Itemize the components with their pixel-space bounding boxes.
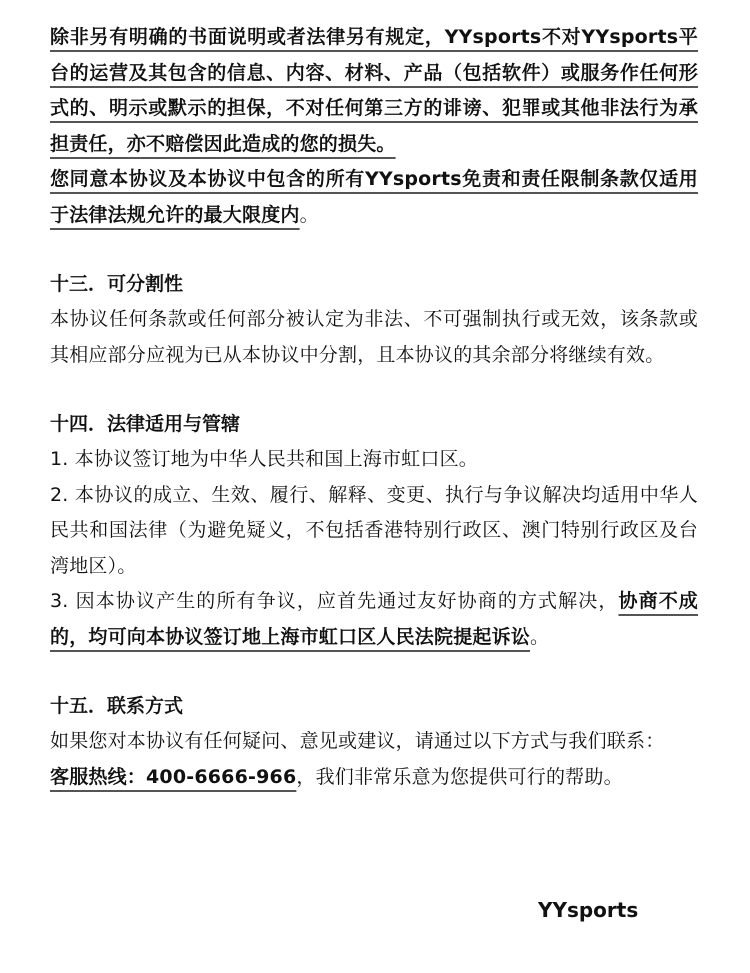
hotline-rest: ，我们非常乐意为您提供可行的帮助。: [296, 766, 622, 788]
section-severability: 十三．可分割性 本协议任何条款或任何部分被认定为非法、不可强制执行或无效，该条款…: [50, 267, 698, 373]
section-governing-law: 十四．法律适用与管辖 1. 本协议签订地为中华人民共和国上海市虹口区。 2. 本…: [50, 407, 698, 655]
list-item: 2. 本协议的成立、生效、履行、解释、变更、执行与争议解决均适用中华人民共和国法…: [50, 478, 698, 585]
limitation-end: 。: [300, 204, 319, 226]
agreement-page: 除非另有明确的书面说明或者法律另有规定，YYsports不对YYsports平台…: [0, 0, 750, 795]
item3-end: 。: [530, 626, 549, 648]
section-body: 如果您对本协议有任何疑问、意见或建议，请通过以下方式与我们联系：: [50, 724, 698, 760]
hotline-number: 客服热线：400-6666-966: [50, 766, 296, 788]
hotline-paragraph: 客服热线：400-6666-966，我们非常乐意为您提供可行的帮助。: [50, 760, 698, 796]
section-heading: 十四．法律适用与管辖: [50, 407, 698, 442]
limitation-paragraph: 您同意本协议及本协议中包含的所有YYsports免责和责任限制条款仅适用于法律法…: [50, 162, 698, 233]
signature: YYsports: [538, 898, 638, 922]
disclaimer-text: 除非另有明确的书面说明或者法律另有规定，YYsports不对YYsports平台…: [50, 26, 698, 155]
item3-text: 3. 因本协议产生的所有争议，应首先通过友好协商的方式解决，: [50, 590, 618, 612]
section-contact: 十五．联系方式 如果您对本协议有任何疑问、意见或建议，请通过以下方式与我们联系：…: [50, 689, 698, 795]
list-item: 1. 本协议签订地为中华人民共和国上海市虹口区。: [50, 442, 698, 478]
limitation-text: 您同意本协议及本协议中包含的所有YYsports免责和责任限制条款仅适用于法律法…: [50, 168, 698, 226]
section-heading: 十三．可分割性: [50, 267, 698, 302]
disclaimer-paragraph: 除非另有明确的书面说明或者法律另有规定，YYsports不对YYsports平台…: [50, 20, 698, 162]
section-heading: 十五．联系方式: [50, 689, 698, 724]
section-body: 本协议任何条款或任何部分被认定为非法、不可强制执行或无效，该条款或其相应部分应视…: [50, 302, 698, 373]
list-item: 3. 因本协议产生的所有争议，应首先通过友好协商的方式解决，协商不成的，均可向本…: [50, 584, 698, 655]
